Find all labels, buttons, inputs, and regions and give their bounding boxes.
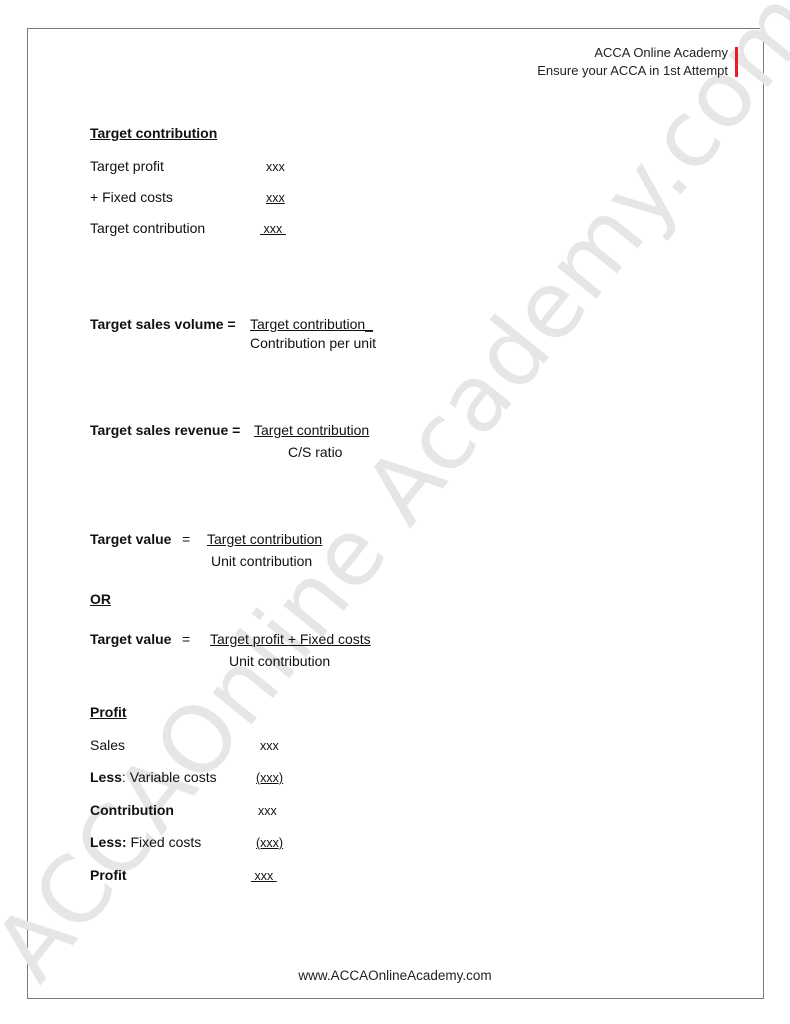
header-accent-bar: [735, 47, 738, 77]
formula-equals-target-value-1: =: [182, 531, 190, 547]
header-tagline: Ensure your ACCA in 1st Attempt: [537, 62, 728, 80]
tc-value-0: xxx: [266, 160, 285, 174]
profit-row-value-1: (xxx): [256, 771, 283, 785]
formula-numerator-target-value-2: Target profit + Fixed costs: [210, 631, 371, 647]
formula-label-sales-revenue: Target sales revenue =: [90, 422, 240, 438]
page-header: ACCA Online Academy Ensure your ACCA in …: [537, 44, 728, 80]
footer-url: www.ACCAOnlineAcademy.com: [0, 968, 790, 983]
tc-label-0: Target profit: [90, 158, 164, 174]
formula-numerator-sales-revenue: Target contribution: [254, 422, 369, 438]
formula-numerator-sales-volume: Target contribution_: [250, 316, 373, 332]
formula-label-target-value-1: Target value: [90, 531, 171, 547]
formula-denominator-sales-revenue: C/S ratio: [288, 444, 342, 460]
formula-label-target-value-2: Target value: [90, 631, 171, 647]
profit-row-label-4: Profit: [90, 867, 127, 883]
formula-numerator-target-value-1: Target contribution: [207, 531, 322, 547]
tc-value-2: xxx: [260, 222, 286, 236]
profit-row-label-2: Contribution: [90, 802, 174, 818]
or-label: OR: [90, 591, 111, 607]
formula-denominator-sales-volume: Contribution per unit: [250, 335, 376, 351]
tc-label-2: Target contribution: [90, 220, 205, 236]
formula-denominator-target-value-1: Unit contribution: [211, 553, 312, 569]
profit-heading: Profit: [90, 704, 127, 720]
tc-label-1: + Fixed costs: [90, 189, 173, 205]
profit-row-value-2: xxx: [258, 804, 277, 818]
profit-row-value-3: (xxx): [256, 836, 283, 850]
profit-row-label-1: Less: Variable costs: [90, 769, 217, 785]
formula-equals-target-value-2: =: [182, 631, 190, 647]
profit-row-value-0: xxx: [260, 739, 279, 753]
header-title: ACCA Online Academy: [537, 44, 728, 62]
profit-row-value-4: xxx: [251, 869, 277, 883]
target-contribution-heading: Target contribution: [90, 125, 217, 141]
formula-label-sales-volume: Target sales volume =: [90, 316, 236, 332]
tc-value-1: xxx: [266, 191, 285, 205]
profit-row-label-3: Less: Fixed costs: [90, 834, 201, 850]
formula-denominator-target-value-2: Unit contribution: [229, 653, 330, 669]
profit-row-label-0: Sales: [90, 737, 125, 753]
